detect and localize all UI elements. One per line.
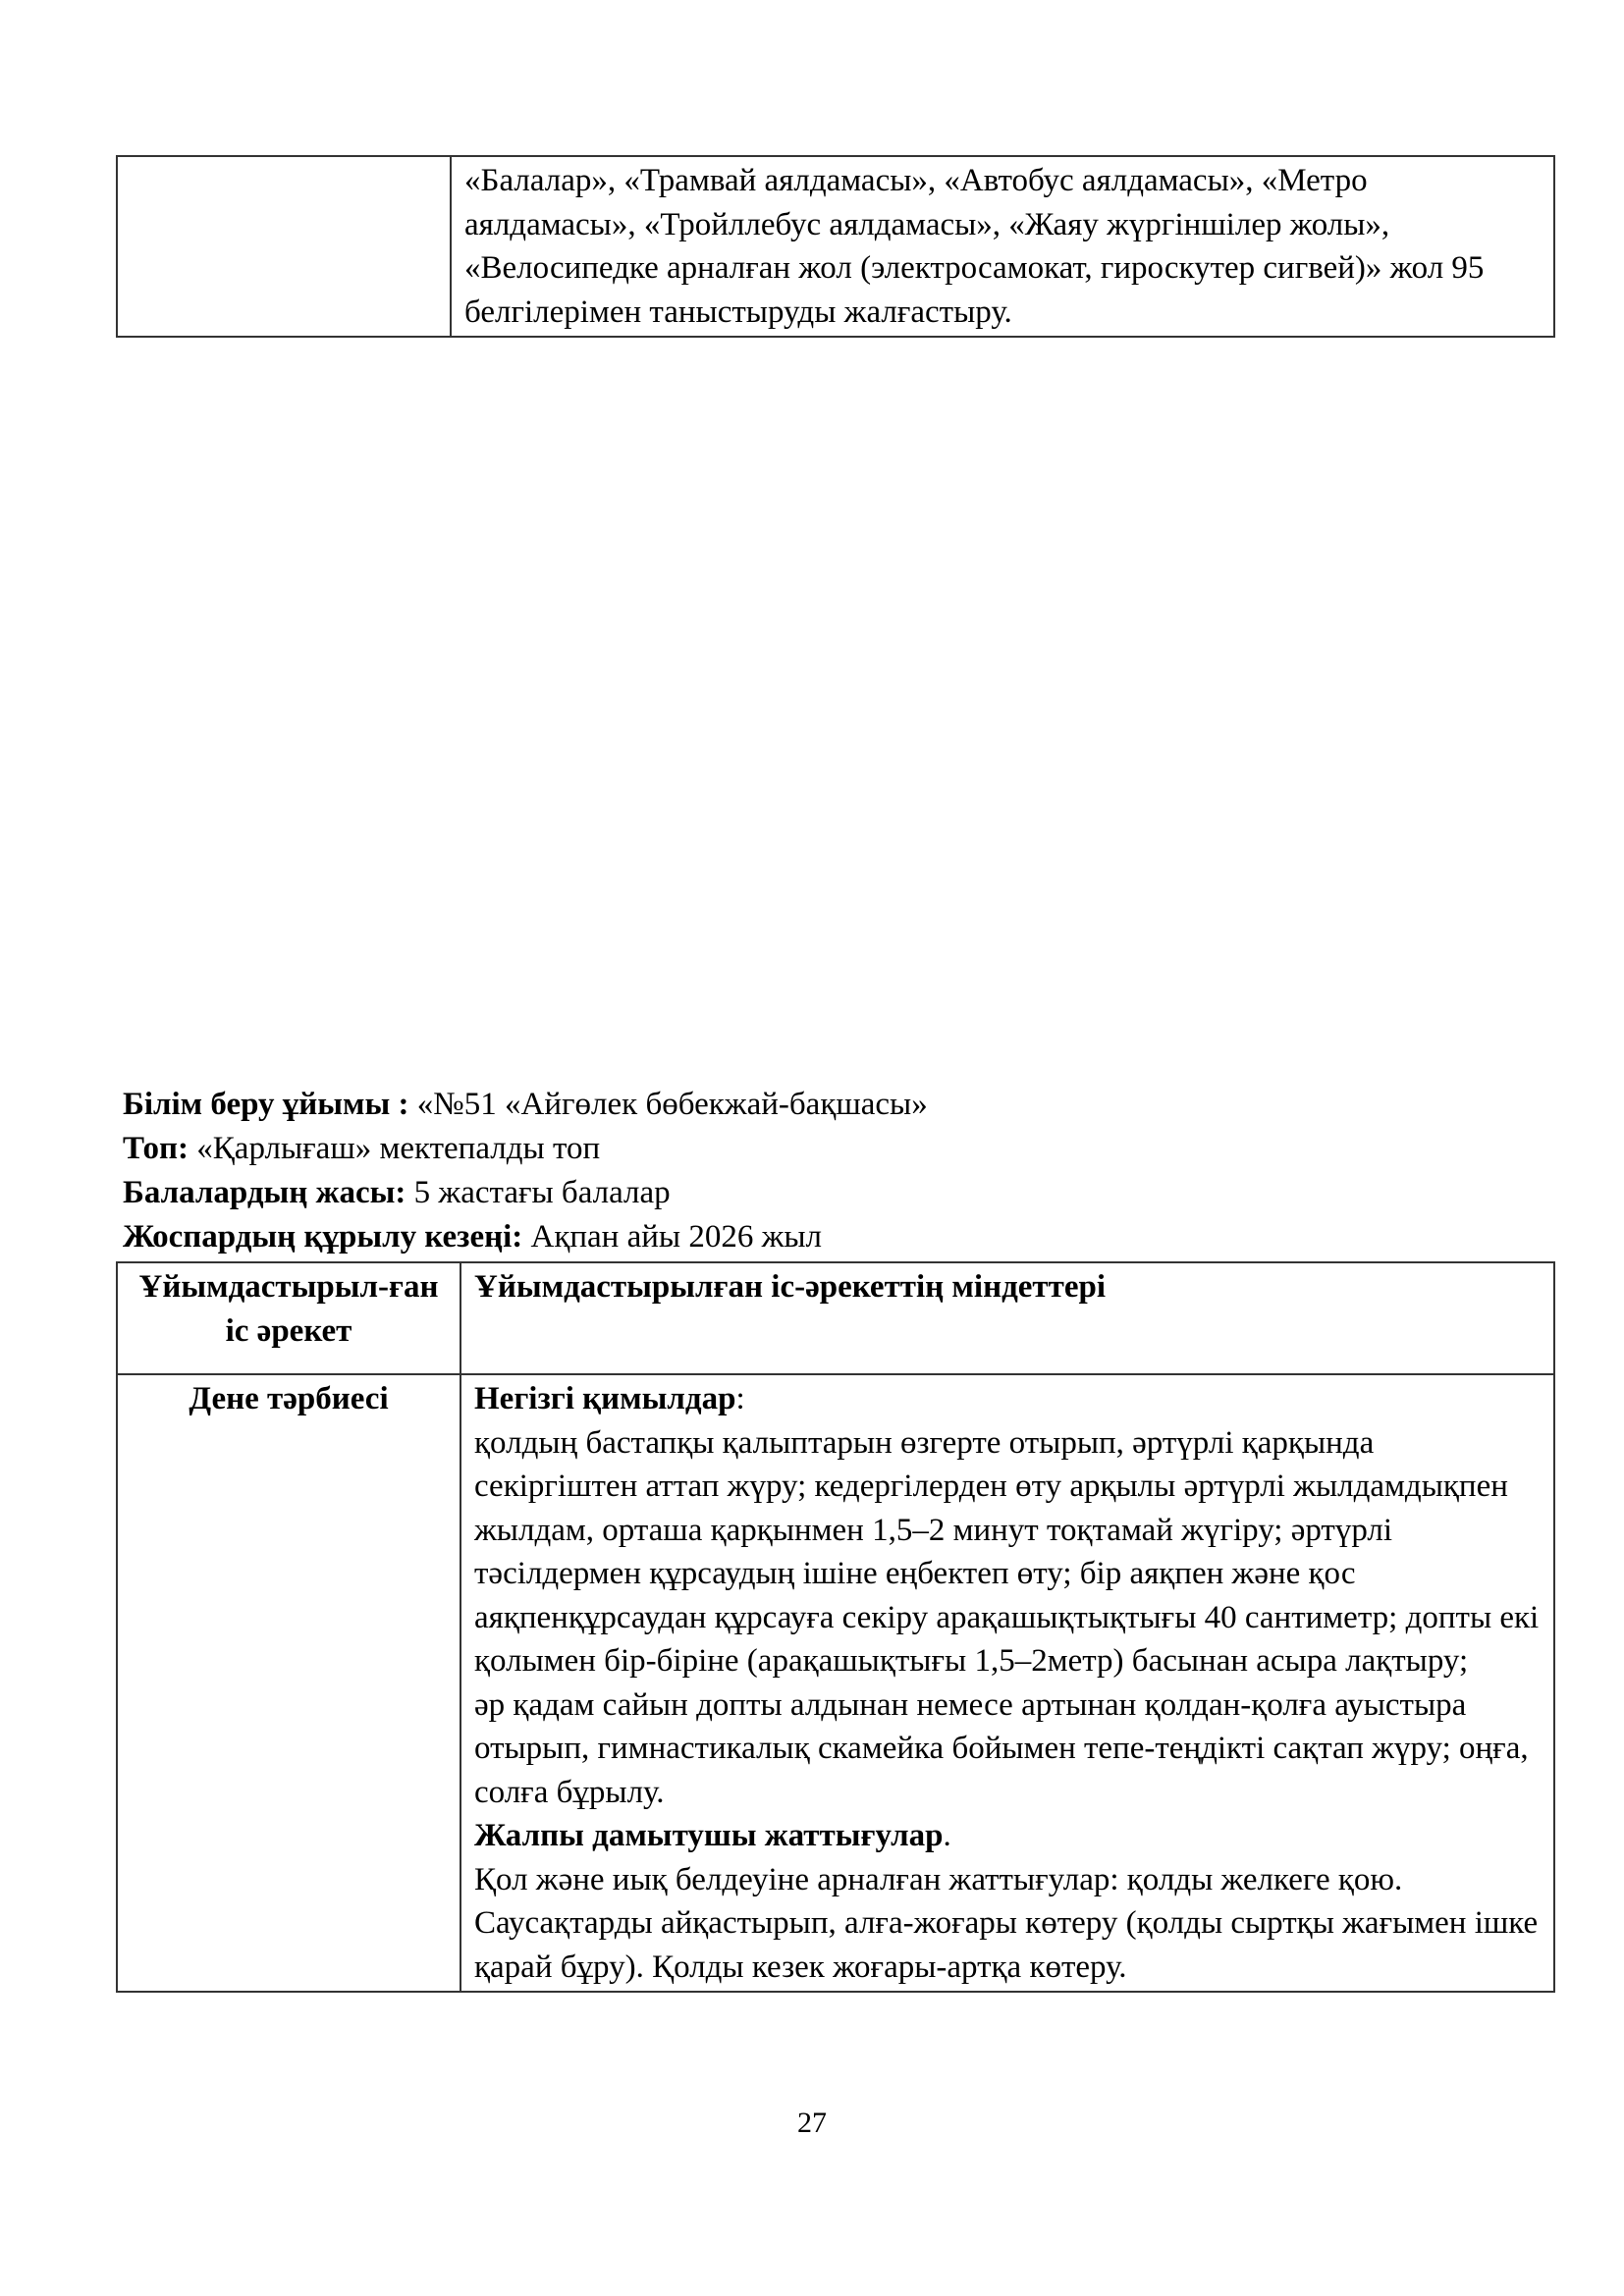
section-title-suffix: : (735, 1381, 744, 1416)
page-number: 27 (0, 2107, 1624, 2140)
section-title: Негізгі қимылдар (474, 1381, 735, 1416)
section-text: Саусақтарды айқастырып, алға-жоғары көте… (474, 1901, 1543, 1989)
section-text: әр қадам сайын допты алдынан немесе арты… (474, 1683, 1543, 1815)
organization-line: Білім беру ұйымы : «№51 «Айгөлек бөбекжа… (123, 1083, 928, 1127)
group-value: «Қарлығаш» мектепалды топ (196, 1131, 600, 1166)
section-general-exercises: Жалпы дамытушы жаттығулар. (474, 1814, 1543, 1858)
organization-value: «№51 «Айгөлек бөбекжай-бақшасы» (417, 1087, 928, 1122)
section-text: қолдың бастапқы қалыптарын өзгерте отыры… (474, 1421, 1543, 1683)
table-cell-empty (117, 156, 451, 337)
group-label: Топ: (123, 1131, 196, 1166)
age-label: Балалардың жасы: (123, 1175, 414, 1210)
organization-label: Білім беру ұйымы : (123, 1087, 417, 1122)
age-value: 5 жастағы балалар (414, 1175, 671, 1210)
activity-name: Дене тәрбиесі (117, 1374, 460, 1992)
road-signs-task-cell: «Балалар», «Трамвай аялдамасы», «Автобус… (451, 156, 1554, 337)
document-page: «Балалар», «Трамвай аялдамасы», «Автобус… (0, 0, 1624, 2296)
section-title-suffix: . (944, 1818, 951, 1853)
period-line: Жоспардың құрылу кезеңі: Ақпан айы 2026 … (123, 1215, 928, 1259)
period-label: Жоспардың құрылу кезеңі: (123, 1219, 531, 1255)
activity-objectives: Негізгі қимылдар: қолдың бастапқы қалыпт… (460, 1374, 1554, 1992)
section-text: Қол және иық белдеуіне арналған жаттығул… (474, 1858, 1543, 1902)
header-objectives: Ұйымдастырылған іс-әрекеттің міндеттері (460, 1262, 1554, 1374)
section-title: Жалпы дамытушы жаттығулар (474, 1818, 944, 1853)
section-basic-movements: Негізгі қимылдар: (474, 1377, 1543, 1421)
table-row: «Балалар», «Трамвай аялдамасы», «Автобус… (117, 156, 1554, 337)
activity-plan-table: Ұйымдастырыл-ған іс әрекет Ұйымдастырылғ… (116, 1261, 1555, 1993)
plan-metadata: Білім беру ұйымы : «№51 «Айгөлек бөбекжа… (123, 1083, 928, 1259)
period-value: Ақпан айы 2026 жыл (531, 1219, 823, 1255)
header-activity: Ұйымдастырыл-ған іс әрекет (117, 1262, 460, 1374)
table-row: Дене тәрбиесі Негізгі қимылдар: қолдың б… (117, 1374, 1554, 1992)
group-line: Топ: «Қарлығаш» мектепалды топ (123, 1127, 928, 1171)
continuation-table: «Балалар», «Трамвай аялдамасы», «Автобус… (116, 155, 1555, 338)
table-header-row: Ұйымдастырыл-ған іс әрекет Ұйымдастырылғ… (117, 1262, 1554, 1374)
age-line: Балалардың жасы: 5 жастағы балалар (123, 1171, 928, 1215)
